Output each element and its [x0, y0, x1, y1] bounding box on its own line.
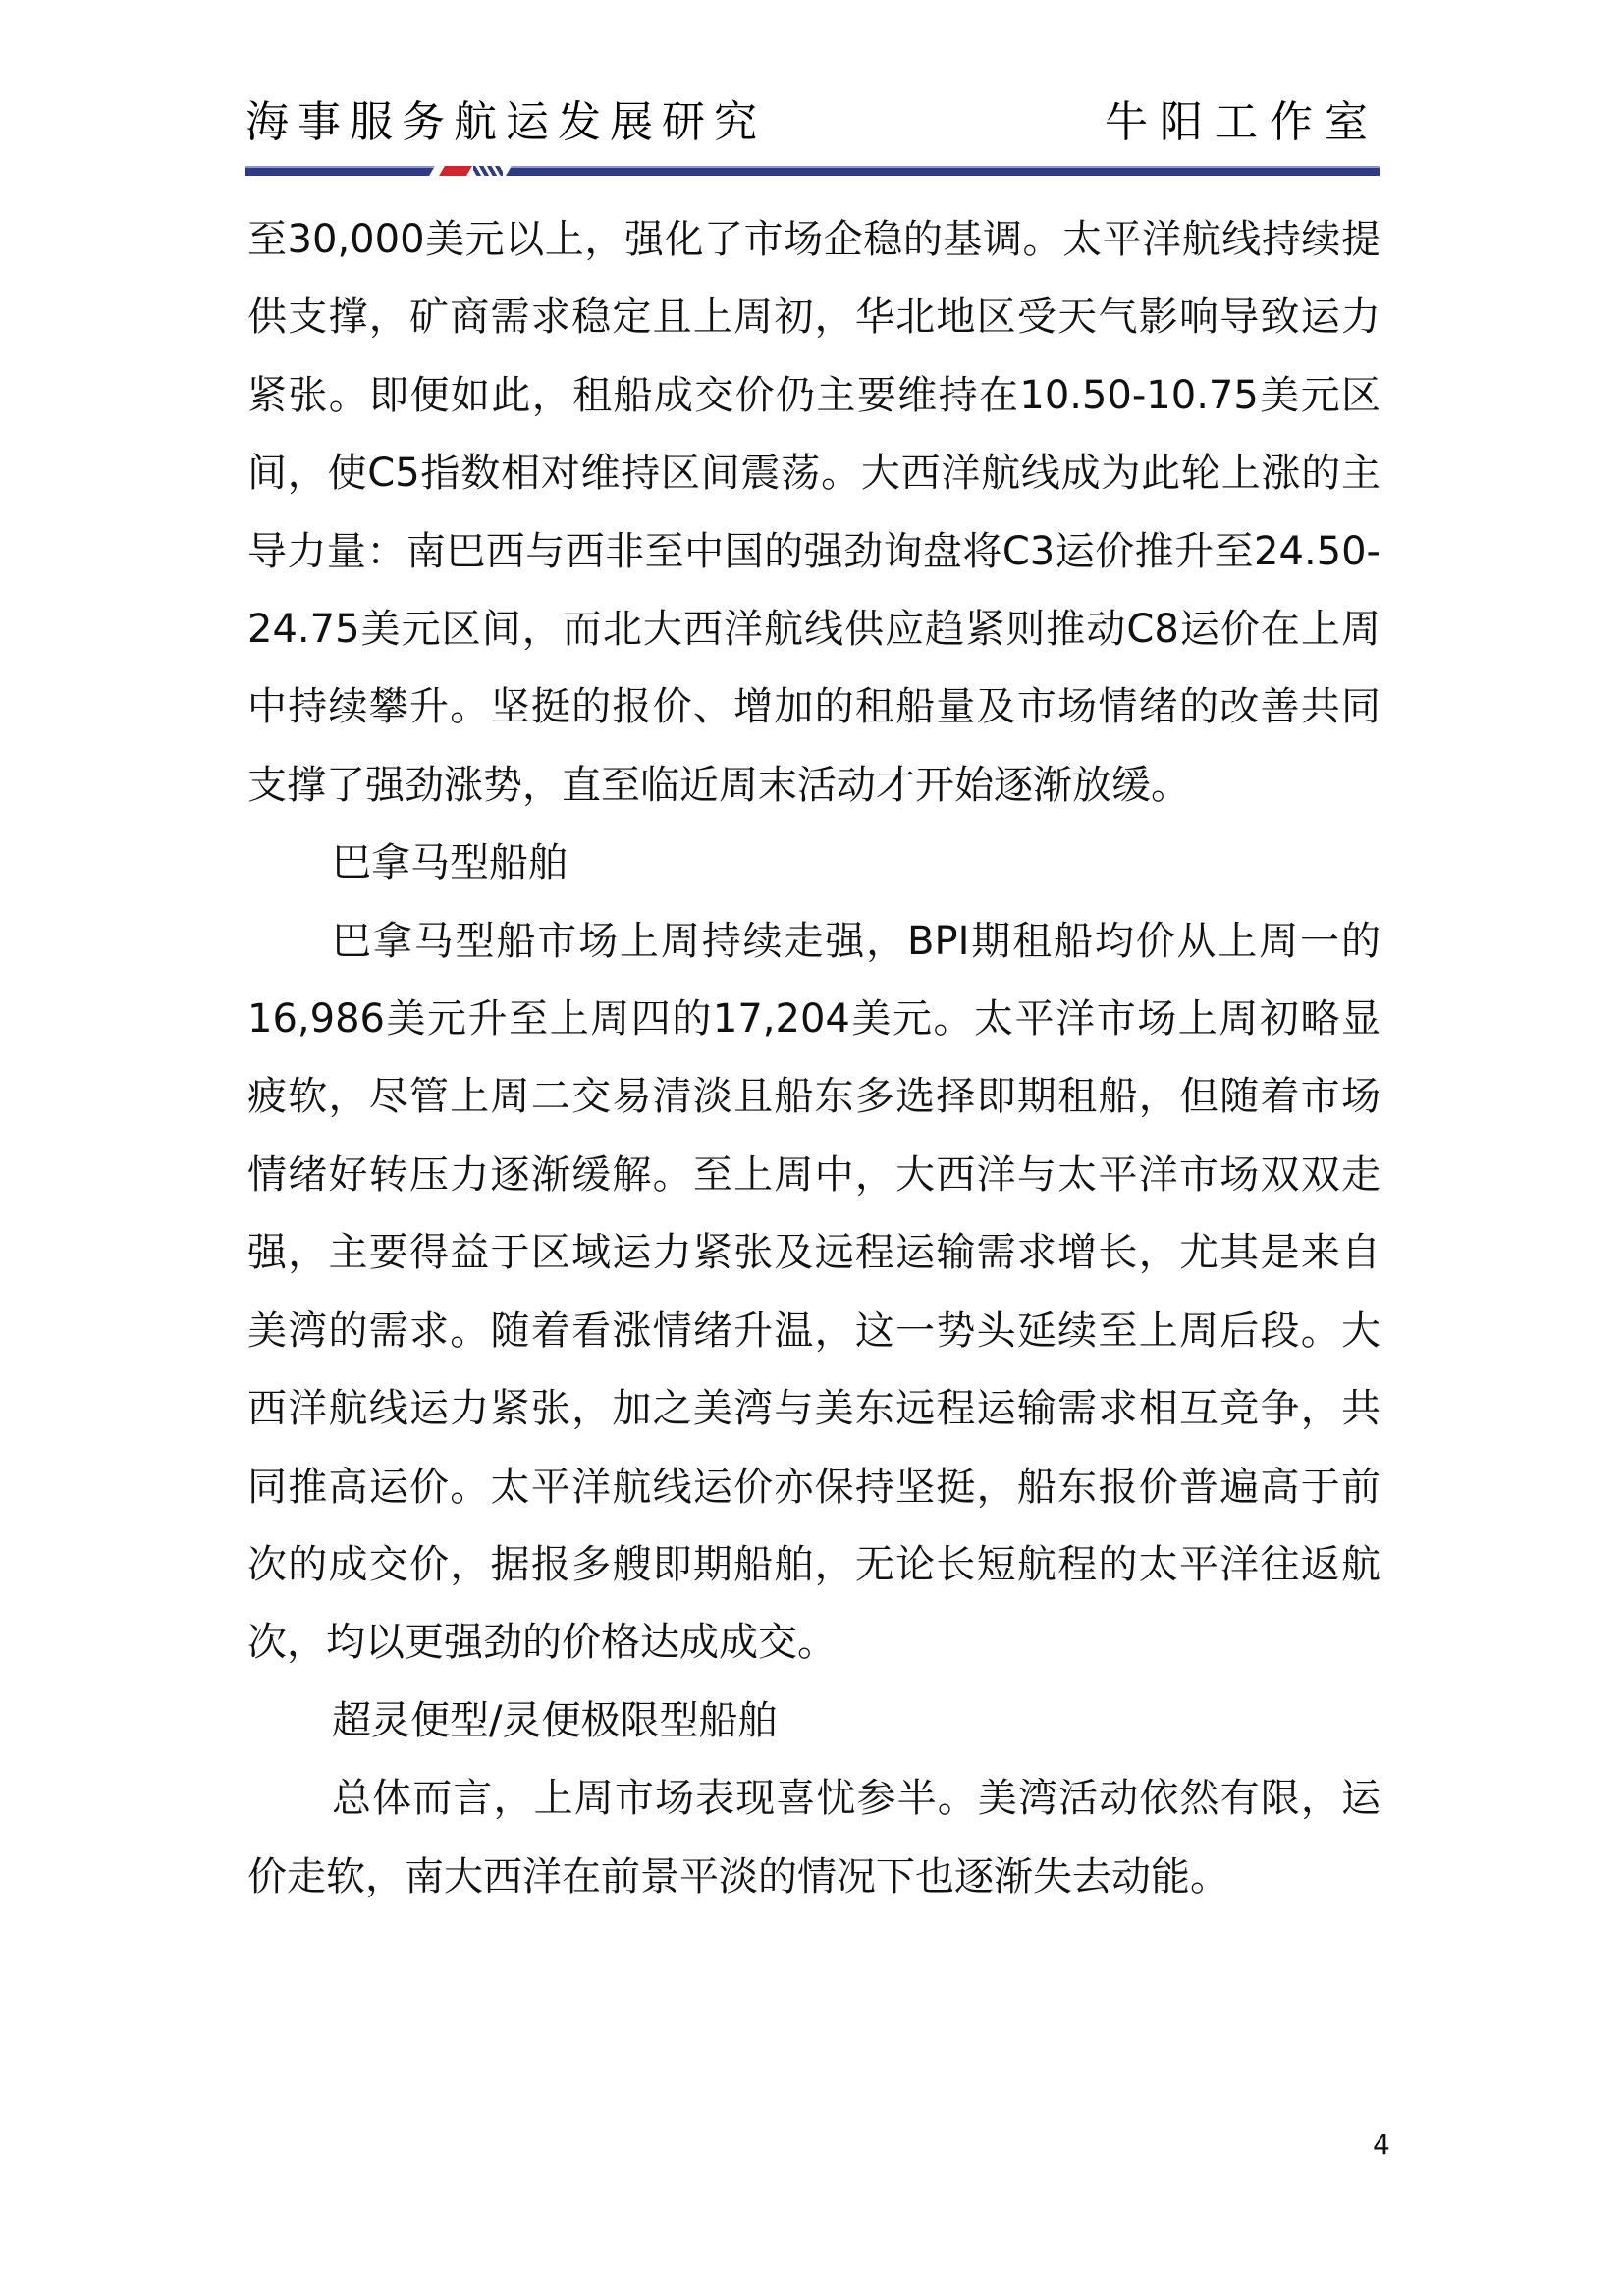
- section-heading-panamax: 巴拿马型船舶: [247, 825, 1380, 902]
- rule-stripes-decoration: [473, 166, 503, 176]
- page-header: 海事服务航运发展研究 牛阳工作室: [245, 93, 1380, 152]
- header-rule: [245, 166, 1380, 176]
- paragraph-panamax: 巴拿马型船市场上周持续走强，BPI期租船均价从上周一的16,986美元升至上周四…: [247, 903, 1380, 1682]
- paragraph-continuation: 至30,000美元以上，强化了市场企稳的基调。太平洋航线持续提供支撑，矿商需求稳…: [247, 201, 1380, 825]
- header-title: 海事服务航运发展研究: [245, 93, 766, 152]
- section-heading-supramax: 超灵便型/灵便极限型船舶: [247, 1682, 1380, 1760]
- document-body: 至30,000美元以上，强化了市场企稳的基调。太平洋航线持续提供支撑，矿商需求稳…: [247, 201, 1380, 1916]
- header-organization: 牛阳工作室: [1105, 93, 1380, 152]
- rule-red-accent: [439, 166, 472, 176]
- page-number: 4: [1373, 2128, 1390, 2161]
- paragraph-supramax: 总体而言，上周市场表现喜忧参半。美湾活动依然有限，运价走软，南大西洋在前景平淡的…: [247, 1760, 1380, 1916]
